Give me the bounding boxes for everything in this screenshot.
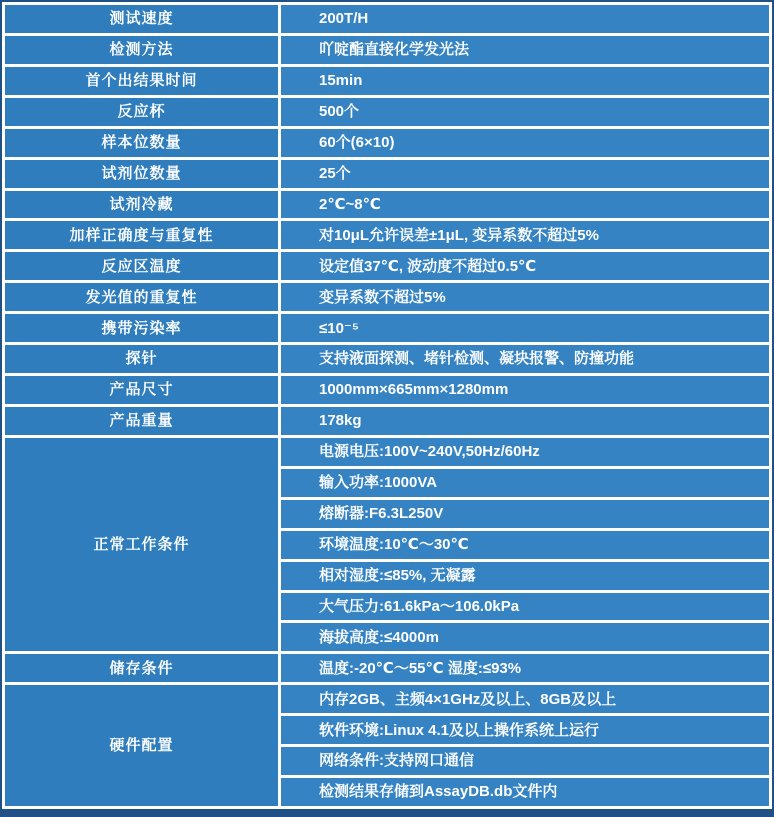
spec-label: 携带污染率 [5,314,278,342]
spec-table-frame: 测试速度200T/H检测方法吖啶酯直接化学发光法首个出结果时间15min反应杯5… [0,0,774,817]
table-row: 硬件配置内存2GB、主频4×1GHz及以上、8GB及以上 [5,685,769,713]
spec-label: 首个出结果时间 [5,67,278,95]
spec-value: ≤10⁻⁵ [281,314,769,342]
table-row: 探针支持液面探测、堵针检测、凝块报警、防撞功能 [5,345,769,373]
spec-value: 60个(6×10) [281,129,769,157]
spec-label: 检测方法 [5,36,278,64]
spec-value: 25个 [281,160,769,188]
table-row: 反应杯500个 [5,98,769,126]
spec-value: 15min [281,67,769,95]
spec-label: 发光值的重复性 [5,283,278,311]
spec-label: 试剂位数量 [5,160,278,188]
spec-label: 产品重量 [5,407,278,435]
table-row: 携带污染率≤10⁻⁵ [5,314,769,342]
spec-label: 加样正确度与重复性 [5,221,278,249]
spec-label: 储存条件 [5,654,278,682]
table-row: 加样正确度与重复性对10μL允许误差±1μL, 变异系数不超过5% [5,221,769,249]
spec-table-body: 测试速度200T/H检测方法吖啶酯直接化学发光法首个出结果时间15min反应杯5… [5,5,769,806]
spec-label: 探针 [5,345,278,373]
spec-value: 178kg [281,407,769,435]
table-row: 产品尺寸1000mm×665mm×1280mm [5,376,769,404]
spec-value: 环境温度:10℃～30℃ [281,531,769,559]
table-row: 样本位数量60个(6×10) [5,129,769,157]
spec-label: 正常工作条件 [5,438,278,651]
table-row: 反应区温度设定值37℃, 波动度不超过0.5℃ [5,252,769,280]
spec-value: 熔断器:F6.3L250V [281,500,769,528]
spec-value: 对10μL允许误差±1μL, 变异系数不超过5% [281,221,769,249]
spec-label: 试剂冷藏 [5,191,278,219]
spec-value: 200T/H [281,5,769,33]
table-row: 正常工作条件电源电压:100V~240V,50Hz/60Hz [5,438,769,466]
spec-value: 内存2GB、主频4×1GHz及以上、8GB及以上 [281,685,769,713]
table-row: 检测方法吖啶酯直接化学发光法 [5,36,769,64]
spec-value: 温度:-20℃～55℃ 湿度:≤93% [281,654,769,682]
spec-value: 1000mm×665mm×1280mm [281,376,769,404]
spec-value: 电源电压:100V~240V,50Hz/60Hz [281,438,769,466]
spec-label: 产品尺寸 [5,376,278,404]
spec-value: 网络条件:支持网口通信 [281,747,769,775]
spec-value: 相对湿度:≤85%, 无凝露 [281,562,769,590]
table-row: 首个出结果时间15min [5,67,769,95]
spec-value: 检测结果存储到AssayDB.db文件内 [281,778,769,806]
spec-value: 输入功率:1000VA [281,469,769,497]
spec-label: 硬件配置 [5,685,278,806]
table-row: 产品重量178kg [5,407,769,435]
spec-label: 测试速度 [5,5,278,33]
spec-value: 支持液面探测、堵针检测、凝块报警、防撞功能 [281,345,769,373]
spec-label: 反应杯 [5,98,278,126]
table-row: 试剂位数量25个 [5,160,769,188]
spec-value: 设定值37℃, 波动度不超过0.5℃ [281,252,769,280]
spec-label: 样本位数量 [5,129,278,157]
spec-value: 海拔高度:≤4000m [281,623,769,651]
table-row: 测试速度200T/H [5,5,769,33]
spec-value: 2℃~8℃ [281,191,769,219]
spec-table: 测试速度200T/H检测方法吖啶酯直接化学发光法首个出结果时间15min反应杯5… [2,2,772,809]
table-row: 储存条件温度:-20℃～55℃ 湿度:≤93% [5,654,769,682]
spec-value: 软件环境:Linux 4.1及以上操作系统上运行 [281,716,769,744]
spec-label: 反应区温度 [5,252,278,280]
spec-value: 变异系数不超过5% [281,283,769,311]
table-row: 试剂冷藏2℃~8℃ [5,191,769,219]
spec-value: 吖啶酯直接化学发光法 [281,36,769,64]
spec-value: 500个 [281,98,769,126]
table-row: 发光值的重复性变异系数不超过5% [5,283,769,311]
spec-value: 大气压力:61.6kPa～106.0kPa [281,593,769,621]
